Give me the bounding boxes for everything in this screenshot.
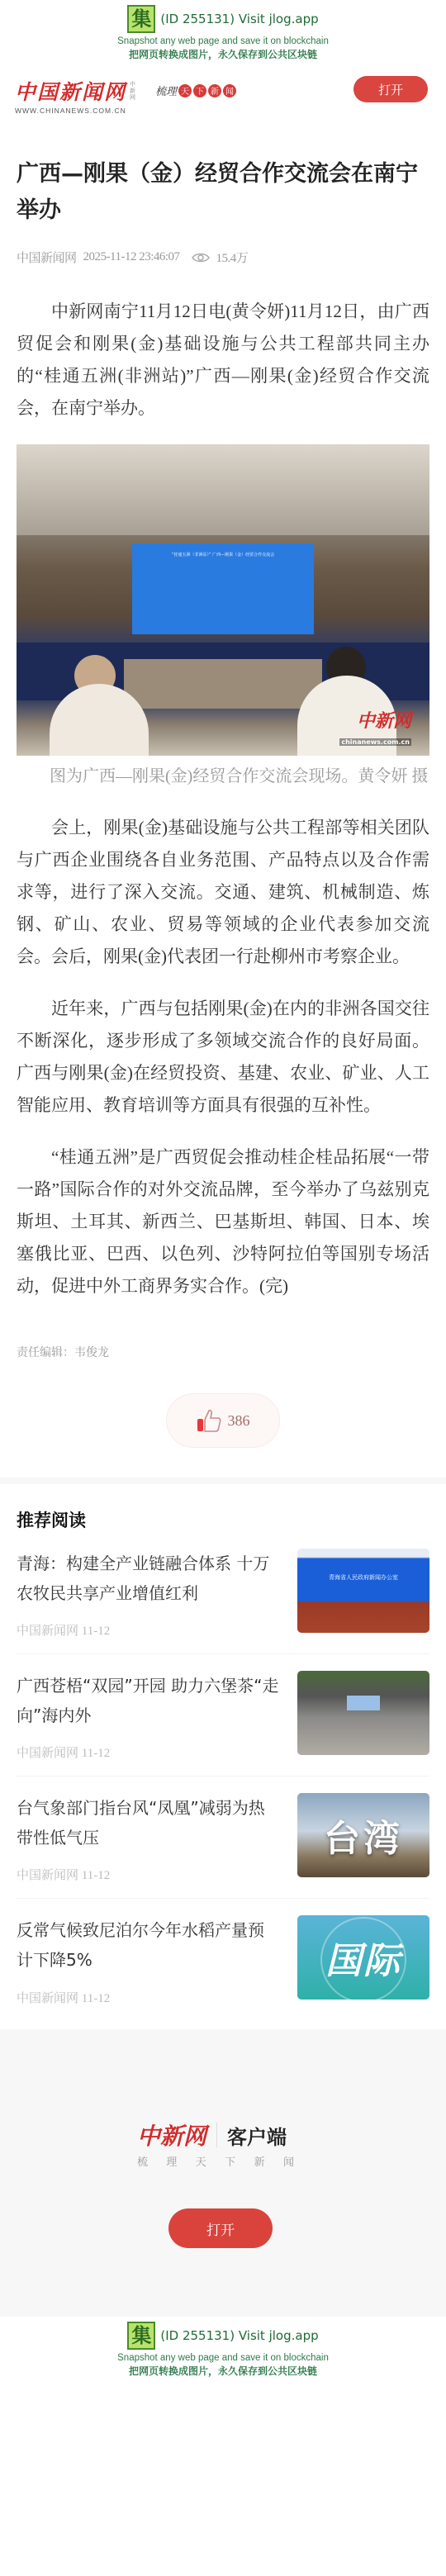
open-app-button-bottom[interactable]: 打开 xyxy=(168,2208,273,2248)
recommended-date: 11-12 xyxy=(82,1869,110,1882)
photo-watermark-url: chinanews.com.cn xyxy=(339,738,411,746)
tagline-char: 闻 xyxy=(283,2153,294,2169)
app-promo-band: 中新网 客户端 梳 理 天 下 新 闻 打开 xyxy=(0,2029,446,2242)
jlog-tagline-en: Snapshot any web page and save it on blo… xyxy=(0,36,446,46)
header-slogan: 梳理 天 下 新 闻 xyxy=(155,83,236,98)
logo-url: WWW.CHINANEWS.COM.CN xyxy=(15,107,135,115)
recommended-headline[interactable]: 台气象部门指台风“凤凰”减弱为热带性低气压 xyxy=(17,1793,279,1853)
recommended-headline[interactable]: 反常气候致尼泊尔今年水稻产量预计下降5% xyxy=(17,1915,279,1975)
tagline-char: 理 xyxy=(166,2153,177,2169)
like-count: 386 xyxy=(228,1412,250,1430)
article-datetime: 2025-11-12 23:46:07 xyxy=(83,250,180,264)
article-paragraph: 近年来，广西与包括刚果(金)在内的非洲各国交往不断深化，逐步形成了多领域交流合作… xyxy=(17,993,429,1122)
open-app-button-top[interactable]: 打开 xyxy=(353,76,428,102)
recommended-item[interactable]: 青海：构建全产业链融合体系 十万农牧民共享产业增值红利 中国新闻网 11-12 … xyxy=(17,1532,429,1654)
article: 广西—刚果（金）经贸合作交流会在南宁举办 中国新闻网 2025-11-12 23… xyxy=(0,156,446,1448)
slogan-prefix: 梳理 xyxy=(155,83,177,98)
recommended-item[interactable]: 广西苍梧“双园”开园 助力六堡茶“走向”海内外 中国新闻网 11-12 xyxy=(17,1654,429,1777)
recommended-item[interactable]: 反常气候致尼泊尔今年水稻产量预计下降5% 中国新闻网 11-12 国际 xyxy=(17,1899,429,2021)
recommended-date: 11-12 xyxy=(82,1992,110,2005)
jlog-banner-bottom: 集 (ID 255131) Visit jlog.app Snapshot an… xyxy=(0,2317,446,2384)
article-meta: 中国新闻网 2025-11-12 23:46:07 15.4万 xyxy=(17,249,429,266)
recommended-thumbnail[interactable]: 青海省人民政府新闻办公室 xyxy=(297,1549,429,1633)
app-logo: 中新网 客户端 xyxy=(137,2118,287,2151)
recommended-source: 中国新闻网 xyxy=(17,1747,78,1760)
tagline-char: 梳 xyxy=(137,2153,148,2169)
logo-vert-char: 新 xyxy=(130,88,135,94)
section-divider xyxy=(0,1478,446,1484)
jlog-logo-icon: 集 xyxy=(127,2322,155,2350)
recommended-title: 推荐阅读 xyxy=(17,1507,429,1532)
jlog-tagline-cn: 把网页转换成图片，永久保存到公共区块链 xyxy=(0,47,446,61)
article-paragraph: 会上，刚果(金)基础设施与公共工程部等相关团队与广西企业围绕各自业务范围、产品特… xyxy=(17,812,429,973)
recommended-source: 中国新闻网 xyxy=(17,1992,78,2005)
article-paragraph: 中新网南宁11月12日电(黄令妍)11月12日，由广西贸促会和刚果(金)基础设施… xyxy=(17,296,429,425)
tagline-char: 天 xyxy=(196,2153,206,2169)
recommended-section: 推荐阅读 青海：构建全产业链融合体系 十万农牧民共享产业增值红利 中国新闻网 1… xyxy=(0,1507,446,2021)
recommended-meta: 中国新闻网 11-12 xyxy=(17,1866,279,1883)
photo-screen: “桂通五洲（非洲站）” 广西—刚果（金）经贸合作交流会 xyxy=(132,543,314,634)
photo-watermark: 中新网 xyxy=(357,707,411,733)
thumbnail-text: 台湾 xyxy=(324,1809,403,1862)
recommended-date: 11-12 xyxy=(82,1747,110,1760)
thumbnail-text: 青海省人民政府新闻办公室 xyxy=(297,1573,429,1582)
eye-icon xyxy=(192,252,210,263)
recommended-source: 中国新闻网 xyxy=(17,1625,78,1638)
globe-icon xyxy=(320,1917,406,2000)
site-header: 中国新闻网 中 新 网 WWW.CHINANEWS.COM.CN 梳理 天 下 … xyxy=(0,68,446,119)
recommended-meta: 中国新闻网 11-12 xyxy=(17,1989,279,2006)
like-button[interactable]: 386 xyxy=(166,1393,280,1448)
recommended-meta: 中国新闻网 11-12 xyxy=(17,1743,279,1761)
app-logo-text: 中新网 xyxy=(137,2118,206,2151)
slogan-circle: 天 xyxy=(178,84,192,97)
logo-vertical-mark: 中 新 网 xyxy=(130,81,135,101)
recommended-source: 中国新闻网 xyxy=(17,1869,78,1882)
photo-floor xyxy=(124,659,322,709)
photo-caption: 图为广西—刚果(金)经贸合作交流会现场。黄令妍 摄 xyxy=(17,762,429,790)
logo-separator xyxy=(216,2123,217,2147)
recommended-item[interactable]: 台气象部门指台风“凤凰”减弱为热带性低气压 中国新闻网 11-12 台湾 xyxy=(17,1777,429,1899)
thumbs-up-icon xyxy=(197,1409,221,1432)
article-source: 中国新闻网 xyxy=(17,249,77,266)
app-tagline: 梳 理 天 下 新 闻 xyxy=(137,2153,294,2169)
thumbnail-stage xyxy=(347,1696,380,1710)
photo-ceiling xyxy=(17,444,429,535)
view-count: 15.4万 xyxy=(216,249,249,266)
recommended-thumbnail[interactable]: 国际 xyxy=(297,1915,429,2000)
tagline-char: 新 xyxy=(254,2153,265,2169)
chinanews-logo[interactable]: 中国新闻网 中 新 网 WWW.CHINANEWS.COM.CN xyxy=(15,76,135,115)
jlog-banner-top: 集 (ID 255131) Visit jlog.app Snapshot an… xyxy=(0,0,446,68)
article-body: 中新网南宁11月12日电(黄令妍)11月12日，由广西贸促会和刚果(金)基础设施… xyxy=(17,296,429,1302)
jlog-tagline-en: Snapshot any web page and save it on blo… xyxy=(0,2353,446,2363)
app-client-label: 客户端 xyxy=(227,2121,287,2150)
recommended-headline[interactable]: 广西苍梧“双园”开园 助力六堡茶“走向”海内外 xyxy=(17,1671,279,1730)
jlog-id-text[interactable]: (ID 255131) Visit jlog.app xyxy=(160,12,318,26)
responsible-editor: 责任编辑：韦俊龙 xyxy=(17,1344,429,1360)
recommended-date: 11-12 xyxy=(82,1625,110,1638)
slogan-circle: 下 xyxy=(193,84,206,97)
slogan-circle: 闻 xyxy=(223,84,236,97)
logo-text: 中国新闻网 xyxy=(15,76,126,106)
logo-vert-char: 网 xyxy=(130,94,135,101)
article-paragraph: “桂通五洲”是广西贸促会推动桂企桂品拓展“一带一路”国际合作的对外交流品牌，至今… xyxy=(17,1141,429,1302)
jlog-id-text[interactable]: (ID 255131) Visit jlog.app xyxy=(160,2328,318,2343)
article-title: 广西—刚果（金）经贸合作交流会在南宁举办 xyxy=(17,156,429,229)
recommended-meta: 中国新闻网 11-12 xyxy=(17,1621,279,1639)
jlog-tagline-cn: 把网页转换成图片，永久保存到公共区块链 xyxy=(0,2364,446,2378)
logo-vert-char: 中 xyxy=(130,81,135,88)
slogan-circle: 新 xyxy=(208,84,221,97)
article-photo[interactable]: “桂通五洲（非洲站）” 广西—刚果（金）经贸合作交流会 中新网 chinanew… xyxy=(17,444,429,756)
tagline-char: 下 xyxy=(225,2153,235,2169)
app-promo-padding xyxy=(0,2242,446,2317)
recommended-thumbnail[interactable] xyxy=(297,1671,429,1755)
recommended-thumbnail[interactable]: 台湾 xyxy=(297,1793,429,1877)
recommended-headline[interactable]: 青海：构建全产业链融合体系 十万农牧民共享产业增值红利 xyxy=(17,1549,279,1608)
jlog-logo-icon: 集 xyxy=(127,5,155,33)
